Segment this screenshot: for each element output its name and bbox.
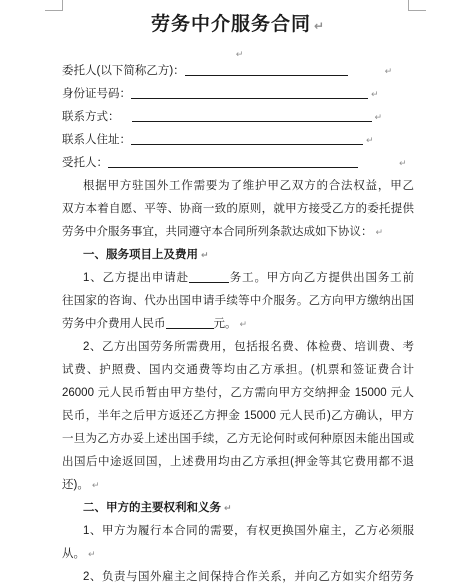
underline-tail-gap	[348, 73, 382, 74]
text-line: 1、乙方提出申请赴务工。甲方向乙方提供出国务工前	[62, 267, 414, 290]
paragraph-mark: ↵	[363, 135, 374, 145]
text-run: 根据甲方驻国外工作需要为了维护甲乙双方的合法权益，甲乙	[83, 180, 414, 192]
form-field-row: 委托人(以下简称乙方)：↵	[62, 60, 414, 83]
paragraph-mark: ↵	[382, 66, 393, 76]
contract-paragraph: 1、甲方为履行本合同的需要，有权更换国外雇主，乙方必须服从。↵	[62, 520, 414, 566]
form-field-label: 联系方式：	[62, 111, 120, 123]
blank-underline[interactable]	[108, 155, 358, 168]
text-line: 出国后中途返回国，上述费用均由乙方承担(押金等其它费用都不退	[62, 451, 414, 474]
paragraph-mark: ↵	[198, 250, 209, 260]
contract-paragraph: 2、负责与国外雇主之间保持合作关系，并向乙方如实介绍劳务	[62, 566, 414, 588]
blank-underline[interactable]	[185, 63, 348, 76]
document-page: 劳务中介服务合同↵ ↵ 委托人(以下简称乙方)：↵身份证号码：↵联系方式：↵联系…	[0, 0, 456, 588]
text-line: 民币，半年之后甲方返还乙方押金 15000 元人民币)乙方确认，甲方	[62, 405, 414, 428]
text-run: 2、乙方出国劳务所需费用，包括报名费、体检费、培训费、考	[83, 341, 414, 353]
text-line: 往国家的咨询、代办出国申请手续等中介服务。乙方向甲方缴纳出国	[62, 290, 414, 313]
form-field-row: 联系人住址：↵	[62, 129, 414, 152]
paragraph-mark: ↵	[311, 19, 325, 33]
text-run: 26000 元人民币暂由甲方垫付，乙方需向甲方交纳押金 15000 元人	[62, 387, 414, 399]
form-field-label: 联系人住址：	[62, 134, 131, 146]
blank-underline[interactable]	[189, 270, 229, 283]
text-run: 往国家的咨询、代办出国申请手续等中介服务。乙方向甲方缴纳出国	[62, 295, 414, 307]
underline-tail-gap	[358, 165, 396, 166]
contract-paragraph: 2、乙方出国劳务所需费用，包括报名费、体检费、培训费、考试费、护照费、国内交通费…	[62, 336, 414, 497]
text-run: 一、服务项目上及费用	[83, 249, 198, 261]
text-line: 根据甲方驻国外工作需要为了维护甲乙双方的合法权益，甲乙	[62, 175, 414, 198]
form-field-label: 委托人(以下简称乙方)：	[62, 65, 185, 77]
margin-crop-mark-top-left	[45, 0, 63, 11]
paragraph-mark: ↵	[221, 503, 232, 513]
text-run: 出国后中途返回国，上述费用均由乙方承担(押金等其它费用都不退	[62, 456, 414, 468]
paragraph-mark: ↵	[396, 158, 407, 168]
blank-underline[interactable]	[131, 86, 368, 99]
text-line: 双方本着自愿、平等、协商一致的原则，就甲方接受乙方的委托提供	[62, 198, 414, 221]
contract-paragraphs-block: 根据甲方驻国外工作需要为了维护甲乙双方的合法权益，甲乙双方本着自愿、平等、协商一…	[62, 175, 414, 588]
paragraph-mark: ↵	[85, 549, 96, 559]
text-line: 2、负责与国外雇主之间保持合作关系，并向乙方如实介绍劳务	[62, 566, 414, 588]
text-run: 二、甲方的主要权利和义务	[83, 502, 221, 514]
text-run: 双方本着自愿、平等、协商一致的原则，就甲方接受乙方的委托提供	[62, 203, 414, 215]
contract-paragraph: 1、乙方提出申请赴务工。甲方向乙方提供出国务工前往国家的咨询、代办出国申请手续等…	[62, 267, 414, 336]
blank-underline[interactable]	[131, 132, 363, 145]
paragraph-mark: ↵	[237, 319, 248, 329]
text-run: 从。	[62, 548, 85, 560]
text-line: 1、甲方为履行本合同的需要，有权更换国外雇主，乙方必须服	[62, 520, 414, 543]
blank-underline[interactable]	[166, 316, 214, 329]
text-run: 1、甲方为履行本合同的需要，有权更换国外雇主，乙方必须服	[83, 525, 414, 537]
text-run: 试费、护照费、国内交通费等均由乙方承担。(机票和签证费合计	[62, 364, 414, 376]
document-content[interactable]: 委托人(以下简称乙方)：↵身份证号码：↵联系方式：↵联系人住址：↵受托人：↵ 根…	[62, 60, 414, 588]
text-run: 还)。	[62, 479, 89, 491]
form-fields-block: 委托人(以下简称乙方)：↵身份证号码：↵联系方式：↵联系人住址：↵受托人：↵	[62, 60, 414, 175]
text-run: 1、乙方提出申请赴	[83, 272, 189, 284]
text-line: 劳务中介费用人民币元。↵	[62, 313, 414, 336]
section-heading: 一、服务项目上及费用↵	[62, 244, 414, 267]
form-field-row: 联系方式：↵	[62, 106, 414, 129]
form-field-label: 受托人：	[62, 157, 108, 169]
text-line: 从。↵	[62, 543, 414, 566]
form-field-label: 身份证号码：	[62, 88, 131, 100]
paragraph-mark: ↵	[373, 227, 384, 237]
text-line: 二、甲方的主要权利和义务↵	[62, 497, 414, 520]
text-run: 民币，半年之后甲方返还乙方押金 15000 元人民币)乙方确认，甲方	[62, 410, 414, 422]
blank-underline[interactable]	[132, 109, 372, 122]
document-title-line: 劳务中介服务合同↵	[62, 12, 414, 39]
text-run: 劳务中介费用人民币	[62, 318, 166, 330]
paragraph-mark: ↵	[233, 49, 244, 59]
document-title: 劳务中介服务合同	[151, 14, 311, 35]
paragraph-mark: ↵	[89, 480, 100, 490]
form-field-row: 身份证号码：↵	[62, 83, 414, 106]
contract-paragraph: 根据甲方驻国外工作需要为了维护甲乙双方的合法权益，甲乙双方本着自愿、平等、协商一…	[62, 175, 414, 244]
text-run: 务工。甲方向乙方提供出国务工前	[229, 272, 414, 284]
text-line: 一、服务项目上及费用↵	[62, 244, 414, 267]
text-run: 劳务中介服务事宜，共同遵守本合同所列条款达成如下协议：	[62, 226, 373, 238]
text-line: 试费、护照费、国内交通费等均由乙方承担。(机票和签证费合计	[62, 359, 414, 382]
paragraph-mark: ↵	[368, 89, 379, 99]
section-heading: 二、甲方的主要权利和义务↵	[62, 497, 414, 520]
text-run: 元。	[214, 318, 237, 330]
form-field-row: 受托人：↵	[62, 152, 414, 175]
text-line: 2、乙方出国劳务所需费用，包括报名费、体检费、培训费、考	[62, 336, 414, 359]
text-line: 劳务中介服务事宜，共同遵守本合同所列条款达成如下协议：↵	[62, 221, 414, 244]
paragraph-mark: ↵	[372, 112, 383, 122]
text-run: 2、负责与国外雇主之间保持合作关系，并向乙方如实介绍劳务	[83, 571, 414, 583]
margin-crop-mark-top-right	[408, 0, 426, 11]
text-run: 一旦为乙方办妥上述出国手续，乙方无论何时或何种原因未能出国或	[62, 433, 414, 445]
text-line: 一旦为乙方办妥上述出国手续，乙方无论何时或何种原因未能出国或	[62, 428, 414, 451]
text-line: 还)。↵	[62, 474, 414, 497]
text-line: 26000 元人民币暂由甲方垫付，乙方需向甲方交纳押金 15000 元人	[62, 382, 414, 405]
label-underline-gap	[120, 119, 132, 120]
